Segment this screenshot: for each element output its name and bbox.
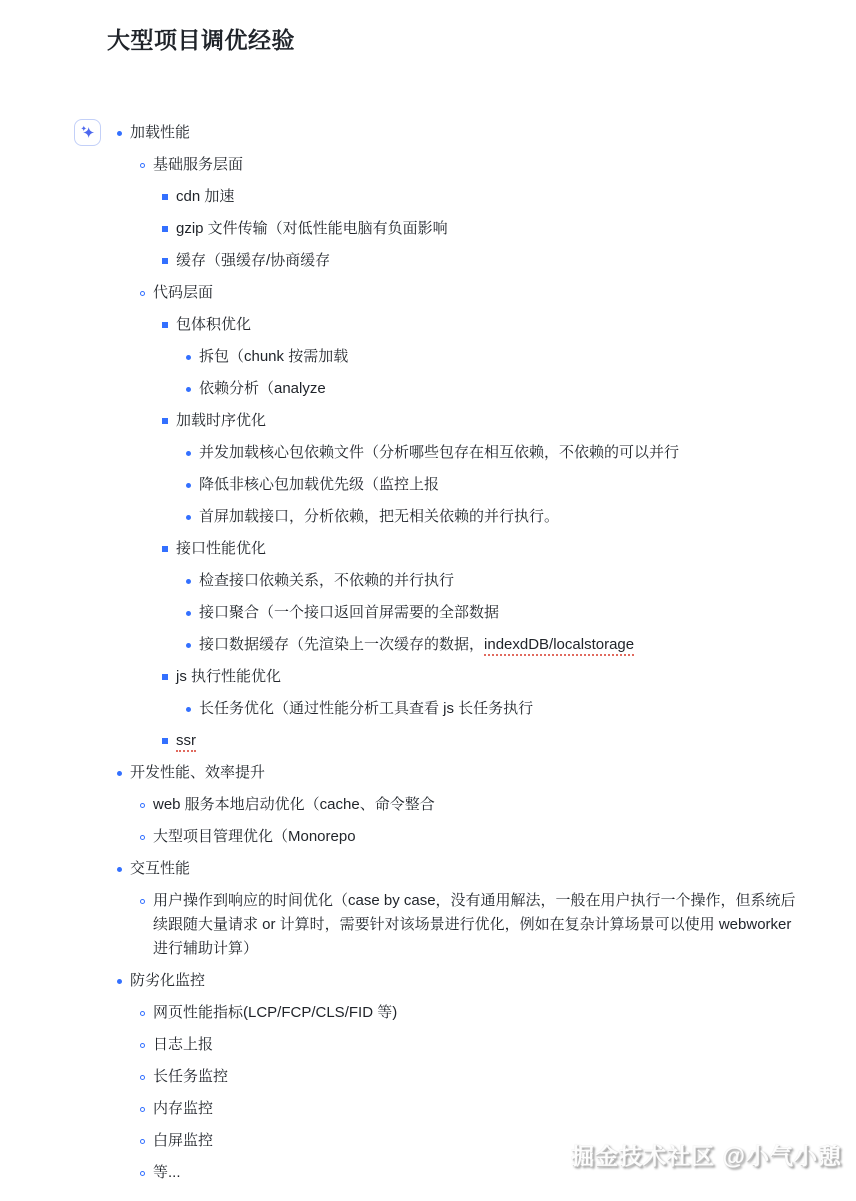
bullet-square-icon [154, 185, 176, 209]
bullet-square-icon [154, 537, 176, 561]
list-item[interactable]: 日志上报 [108, 1029, 802, 1061]
list-item-text: js 执行性能优化 [176, 665, 802, 689]
list-item-text: 基础服务层面 [153, 153, 802, 177]
list-item[interactable]: cdn 加速 [108, 181, 802, 213]
list-item-text: gzip 文件传输（对低性能电脑有负面影响 [176, 217, 802, 241]
list-item[interactable]: 首屏加载接口，分析依赖，把无相关依赖的并行执行。 [108, 501, 802, 533]
bullet-dot-icon [177, 569, 199, 593]
list-item[interactable]: ssr [108, 725, 802, 757]
list-item-text: 内存监控 [153, 1097, 802, 1121]
list-item[interactable]: 包体积优化 [108, 309, 802, 341]
list-item[interactable]: 用户操作到响应的时间优化（case by case，没有通用解法，一般在用户执行… [108, 885, 802, 965]
list-item-text: 拆包（chunk 按需加载 [199, 345, 802, 369]
bullet-circle-icon [131, 889, 153, 913]
list-item[interactable]: 依赖分析（analyze [108, 373, 802, 405]
bullet-dot-icon [177, 345, 199, 369]
list-item[interactable]: 降低非核心包加载优先级（监控上报 [108, 469, 802, 501]
list-item-text: 长任务优化（通过性能分析工具查看 js 长任务执行 [199, 697, 802, 721]
list-item-text: 代码层面 [153, 281, 802, 305]
list-item-text: 接口聚合（一个接口返回首屏需要的全部数据 [199, 601, 802, 625]
list-item-text: 防劣化监控 [130, 969, 802, 993]
list-item-text: cdn 加速 [176, 185, 802, 209]
list-item[interactable]: web 服务本地启动优化（cache、命令整合 [108, 789, 802, 821]
list-item-text: 大型项目管理优化（Monorepo [153, 825, 802, 849]
list-item-text: 开发性能、效率提升 [130, 761, 802, 785]
list-item[interactable]: 网页性能指标(LCP/FCP/CLS/FID 等) [108, 997, 802, 1029]
list-item-text: 交互性能 [130, 857, 802, 881]
list-item-text: 加载性能 [130, 121, 802, 145]
bullet-square-icon [154, 729, 176, 753]
list-item[interactable]: 接口性能优化 [108, 533, 802, 565]
bullet-dot-icon [177, 697, 199, 721]
outline-list: 加载性能基础服务层面cdn 加速gzip 文件传输（对低性能电脑有负面影响缓存（… [108, 117, 802, 1189]
sparkle-icon [78, 123, 97, 142]
list-item-text: 包体积优化 [176, 313, 802, 337]
spellcheck-underlined-text: ssr [176, 732, 196, 752]
list-item[interactable]: 拆包（chunk 按需加载 [108, 341, 802, 373]
bullet-circle-icon [131, 793, 153, 817]
list-item-text: 用户操作到响应的时间优化（case by case，没有通用解法，一般在用户执行… [153, 889, 802, 961]
bullet-circle-icon [131, 1001, 153, 1025]
list-item[interactable]: 接口数据缓存（先渲染上一次缓存的数据，indexdDB/localstorage [108, 629, 802, 661]
bullet-dot-icon [108, 857, 130, 881]
list-item-text: 长任务监控 [153, 1065, 802, 1089]
list-item[interactable]: 代码层面 [108, 277, 802, 309]
list-item[interactable]: js 执行性能优化 [108, 661, 802, 693]
bullet-circle-icon [131, 1129, 153, 1153]
list-item-text: 日志上报 [153, 1033, 802, 1057]
list-item-text: 检查接口依赖关系，不依赖的并行执行 [199, 569, 802, 593]
list-item-text: web 服务本地启动优化（cache、命令整合 [153, 793, 802, 817]
list-item[interactable]: 并发加载核心包依赖文件（分析哪些包存在相互依赖，不依赖的可以并行 [108, 437, 802, 469]
list-item[interactable]: 加载性能 [108, 117, 802, 149]
list-item[interactable]: 交互性能 [108, 853, 802, 885]
list-item[interactable]: 内存监控 [108, 1093, 802, 1125]
bullet-circle-icon [131, 1033, 153, 1057]
list-item-text: 接口数据缓存（先渲染上一次缓存的数据，indexdDB/localstorage [199, 633, 802, 657]
list-item[interactable]: 长任务优化（通过性能分析工具查看 js 长任务执行 [108, 693, 802, 725]
bullet-square-icon [154, 665, 176, 689]
list-item[interactable]: 长任务监控 [108, 1061, 802, 1093]
bullet-circle-icon [131, 153, 153, 177]
bullet-square-icon [154, 409, 176, 433]
bullet-circle-icon [131, 825, 153, 849]
bullet-dot-icon [177, 441, 199, 465]
bullet-circle-icon [131, 1097, 153, 1121]
ai-assistant-button[interactable] [74, 119, 101, 146]
bullet-dot-icon [177, 505, 199, 529]
list-item-text: 接口性能优化 [176, 537, 802, 561]
bullet-square-icon [154, 249, 176, 273]
list-item[interactable]: 开发性能、效率提升 [108, 757, 802, 789]
bullet-dot-icon [177, 473, 199, 497]
list-item[interactable]: 防劣化监控 [108, 965, 802, 997]
bullet-square-icon [154, 313, 176, 337]
page-title[interactable]: 大型项目调优经验 [107, 22, 295, 55]
bullet-dot-icon [108, 761, 130, 785]
bullet-dot-icon [108, 969, 130, 993]
list-item-text: 首屏加载接口，分析依赖，把无相关依赖的并行执行。 [199, 505, 802, 529]
list-item[interactable]: gzip 文件传输（对低性能电脑有负面影响 [108, 213, 802, 245]
list-item-text: 依赖分析（analyze [199, 377, 802, 401]
list-item[interactable]: 检查接口依赖关系，不依赖的并行执行 [108, 565, 802, 597]
spellcheck-underlined-text: indexdDB/localstorage [484, 636, 634, 656]
list-item[interactable]: 大型项目管理优化（Monorepo [108, 821, 802, 853]
watermark: 掘金技术社区 @小气小憩 [571, 1138, 842, 1171]
bullet-dot-icon [177, 377, 199, 401]
list-item-text: 缓存（强缓存/协商缓存 [176, 249, 802, 273]
list-item-text: ssr [176, 729, 802, 753]
bullet-dot-icon [177, 633, 199, 657]
list-item-text: 并发加载核心包依赖文件（分析哪些包存在相互依赖，不依赖的可以并行 [199, 441, 802, 465]
list-item-text: 加载时序优化 [176, 409, 802, 433]
bullet-circle-icon [131, 1065, 153, 1089]
list-item[interactable]: 加载时序优化 [108, 405, 802, 437]
bullet-circle-icon [131, 1161, 153, 1185]
list-item[interactable]: 基础服务层面 [108, 149, 802, 181]
list-item[interactable]: 接口聚合（一个接口返回首屏需要的全部数据 [108, 597, 802, 629]
list-item[interactable]: 缓存（强缓存/协商缓存 [108, 245, 802, 277]
bullet-circle-icon [131, 281, 153, 305]
document-page: { "title": "大型项目调优经验", "ai_button": { "i… [0, 0, 856, 1201]
bullet-dot-icon [108, 121, 130, 145]
bullet-dot-icon [177, 601, 199, 625]
list-item-text: 网页性能指标(LCP/FCP/CLS/FID 等) [153, 1001, 802, 1025]
bullet-square-icon [154, 217, 176, 241]
list-item-text: 降低非核心包加载优先级（监控上报 [199, 473, 802, 497]
